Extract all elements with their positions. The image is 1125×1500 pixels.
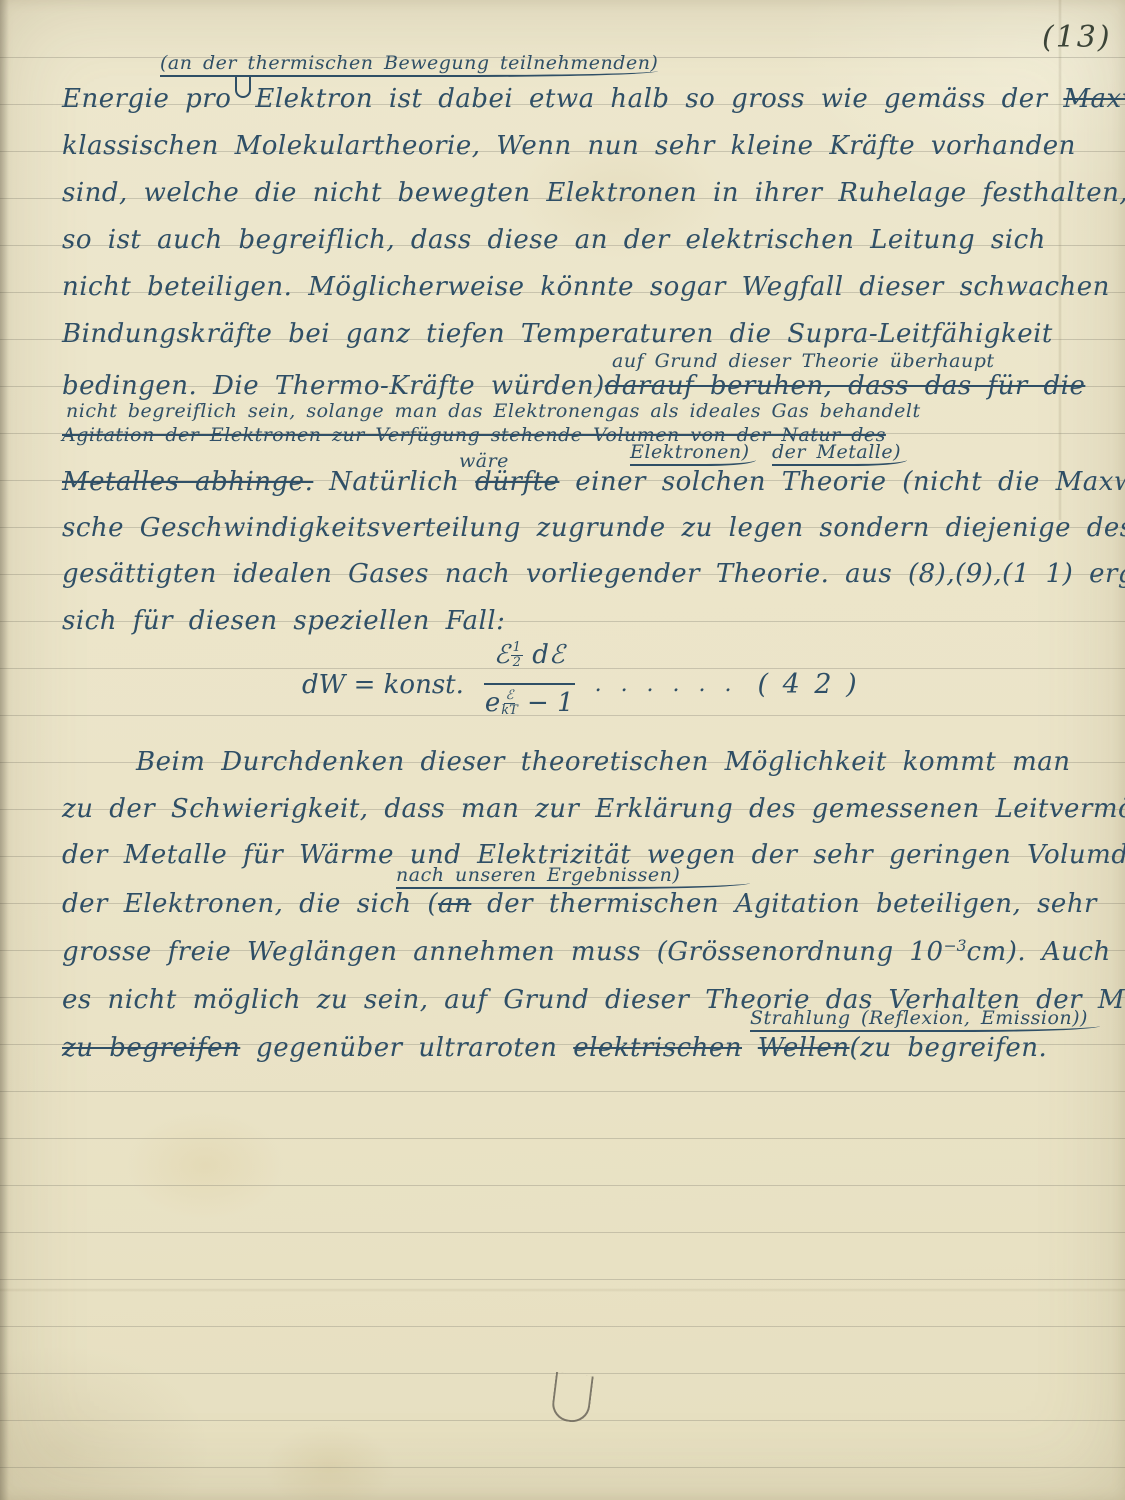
exponent-half: 12 bbox=[511, 641, 523, 669]
struck-segment: dürfte bbox=[475, 467, 559, 497]
manuscript-line: klassischen Molekulartheorie, Wenn nun s… bbox=[62, 131, 1076, 161]
manuscript-line: gesättigten idealen Gases nach vorliegen… bbox=[62, 559, 1125, 589]
text-segment: gesättigten idealen Gases nach vorliegen… bbox=[62, 559, 1125, 589]
text-segment: Elektron ist dabei etwa halb so gross wi… bbox=[255, 84, 1063, 114]
vertical-crease bbox=[1058, 0, 1062, 520]
equation-lhs: dW = konst. bbox=[302, 670, 464, 700]
manuscript-page: (13) (an der thermischen Bewegung teilne… bbox=[0, 0, 1125, 1500]
text-segment: einer solchen Theorie (nicht die Maxwell… bbox=[559, 467, 1125, 497]
manuscript-line: so ist auch begreiflich, dass diese an d… bbox=[62, 225, 1046, 255]
text-segment: Elektronen) bbox=[630, 441, 750, 463]
manuscript-line: Energie proElektron ist dabei etwa halb … bbox=[62, 84, 1125, 114]
text-segment: Bindungskräfte bei ganz tiefen Temperatu… bbox=[62, 319, 1053, 349]
text-segment: nicht beteiligen. Möglicherweise könnte … bbox=[62, 272, 1110, 302]
manuscript-line: Metalles abhinge. Natürlich dürfte einer… bbox=[62, 467, 1125, 497]
insertion-line: der Metalle) bbox=[772, 441, 907, 466]
struck-segment: darauf beruhen, dass das für die bbox=[605, 371, 1086, 401]
manuscript-line: grosse freie Weglängen annehmen muss (Gr… bbox=[62, 937, 1125, 967]
dot-leaders: . . . . . . bbox=[595, 672, 738, 697]
differential: dℰ bbox=[532, 640, 564, 670]
text-segment: grosse freie Weglängen annehmen muss (Gr… bbox=[62, 937, 944, 967]
text-segment: −3 bbox=[944, 937, 967, 955]
struck-segment: Wellen bbox=[758, 1033, 850, 1063]
script-E: ℰ bbox=[494, 640, 510, 670]
manuscript-line: der Elektronen, die sich (an der thermis… bbox=[62, 889, 1097, 919]
text-segment: sich für diesen speziellen Fall: bbox=[62, 606, 505, 636]
text-segment: nicht begreiflich sein, solange man das … bbox=[66, 400, 921, 422]
text-segment: gegenüber ultraroten bbox=[240, 1033, 573, 1063]
exponent-E-over-kT: ℰkT bbox=[501, 689, 518, 717]
text-segment: Natürlich bbox=[313, 467, 475, 497]
text-segment: auf Grund dieser Theorie überhaupt bbox=[612, 350, 995, 372]
manuscript-line: nicht beteiligen. Möglicherweise könnte … bbox=[62, 272, 1110, 302]
insertion-line: nach unseren Ergebnissen) bbox=[396, 864, 750, 889]
text-segment: Energie pro bbox=[62, 84, 231, 114]
struck-segment: an bbox=[438, 889, 471, 919]
manuscript-line: nicht begreiflich sein, solange man das … bbox=[66, 400, 921, 422]
text-segment: (an der thermischen Bewegung teilnehmend… bbox=[160, 52, 658, 74]
manuscript-line: bedingen. Die Thermo-Kräfte würden)darau… bbox=[62, 371, 1085, 401]
equation-number: ( 4 2 ) bbox=[758, 669, 860, 700]
insertion-caret bbox=[235, 76, 251, 98]
text-segment: klassischen Molekulartheorie, Wenn nun s… bbox=[62, 131, 1076, 161]
fraction-denominator: eℰkT − 1 bbox=[485, 685, 574, 729]
struck-segment: Agitation der Elektronen zur Verfügung s… bbox=[62, 424, 886, 446]
text-segment bbox=[742, 1033, 758, 1063]
text-segment: der Metalle) bbox=[772, 441, 901, 463]
struck-segment: zu begreifen bbox=[62, 1033, 240, 1063]
text-segment: sche Geschwindigkeitsverteilung zugrunde… bbox=[62, 513, 1125, 543]
insertion-line: Elektronen) bbox=[630, 441, 756, 466]
manuscript-line: Bindungskräfte bei ganz tiefen Temperatu… bbox=[62, 319, 1053, 349]
text-segment: nach unseren Ergebnissen) bbox=[396, 864, 680, 886]
text-segment: Strahlung (Reflexion, Emission)) bbox=[750, 1007, 1088, 1029]
manuscript-line: sche Geschwindigkeitsverteilung zugrunde… bbox=[62, 513, 1125, 543]
struck-segment: Metalles abhinge. bbox=[62, 467, 313, 497]
manuscript-line: sind, welche die nicht bewegten Elektron… bbox=[62, 178, 1125, 208]
insertion-line: Strahlung (Reflexion, Emission)) bbox=[750, 1007, 1100, 1032]
manuscript-line: zu begreifen gegenüber ultraroten elektr… bbox=[62, 1033, 1047, 1063]
fraction: ℰ12 dℰ eℰkT − 1 bbox=[484, 640, 575, 730]
manuscript-line: Beim Durchdenken dieser theoretischen Mö… bbox=[136, 747, 1070, 777]
text-segment: der Elektronen, die sich ( bbox=[62, 889, 438, 919]
struck-segment: Maxwell' bbox=[1063, 84, 1125, 114]
struck-segment: elektrischen bbox=[573, 1033, 742, 1063]
pencil-check-mark bbox=[550, 1372, 594, 1424]
text-segment: zu der Schwierigkeit, dass man zur Erklä… bbox=[62, 794, 1125, 824]
text-segment: (zu begreifen. bbox=[850, 1033, 1048, 1063]
text-segment: sind, welche die nicht bewegten Elektron… bbox=[62, 178, 1125, 208]
horizontal-crease bbox=[0, 1288, 1125, 1292]
euler-e: e bbox=[485, 688, 500, 718]
text-segment: der thermischen Agitation beteiligen, se… bbox=[471, 889, 1097, 919]
manuscript-line: zu der Schwierigkeit, dass man zur Erklä… bbox=[62, 794, 1125, 824]
manuscript-line: auf Grund dieser Theorie überhaupt bbox=[612, 350, 995, 372]
text-segment: cm). Auch scheint bbox=[967, 937, 1125, 967]
manuscript-line: sich für diesen speziellen Fall: bbox=[62, 606, 505, 636]
scan-edge-shadow bbox=[0, 0, 9, 1500]
insertion-line: (an der thermischen Bewegung teilnehmend… bbox=[160, 52, 658, 77]
page-number: (13) bbox=[1042, 20, 1112, 55]
fraction-numerator: ℰ12 dℰ bbox=[484, 640, 575, 685]
text-segment: so ist auch begreiflich, dass diese an d… bbox=[62, 225, 1046, 255]
equation-42: dW = konst. ℰ12 dℰ eℰkT − 1 . . . . . . … bbox=[302, 640, 860, 730]
text-segment: bedingen. Die Thermo-Kräfte würden) bbox=[62, 371, 605, 401]
manuscript-line: Agitation der Elektronen zur Verfügung s… bbox=[62, 424, 886, 446]
text-segment: Beim Durchdenken dieser theoretischen Mö… bbox=[136, 747, 1070, 777]
minus-one: − 1 bbox=[527, 688, 574, 718]
